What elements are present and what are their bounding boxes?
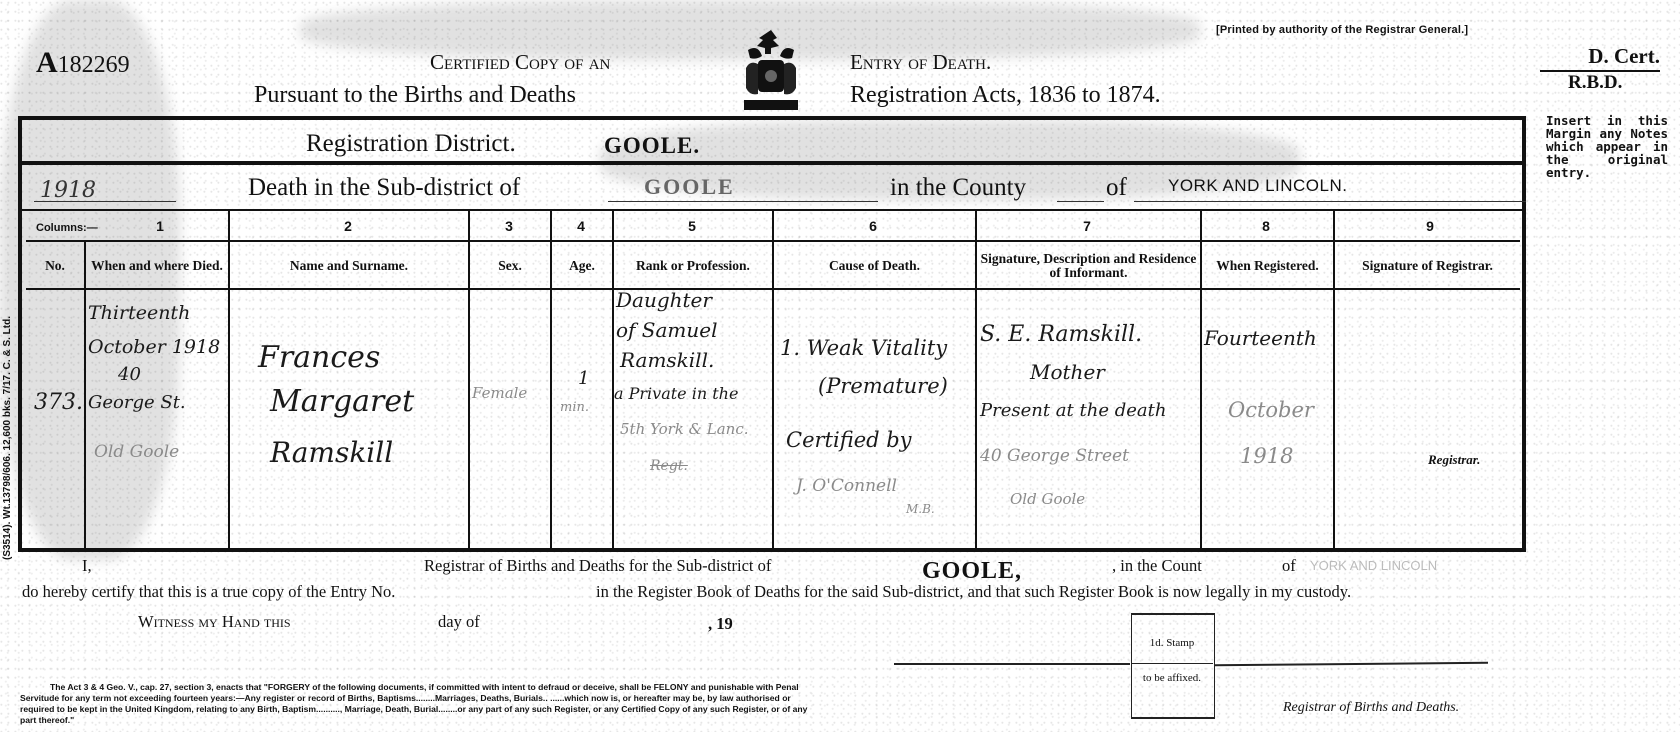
informant-relation: Mother bbox=[1030, 360, 1105, 384]
column-number-2: 2 bbox=[318, 218, 378, 234]
cause-line-3: Certified by bbox=[786, 428, 912, 452]
age-value: 1 bbox=[578, 368, 589, 389]
divider bbox=[18, 161, 1526, 165]
death-place-town: Old Goole bbox=[94, 442, 179, 462]
header-cause-of-death: Cause of Death. bbox=[774, 244, 975, 288]
signature-line-right bbox=[1214, 662, 1488, 666]
registered-day: Fourteenth bbox=[1204, 326, 1317, 350]
header-no: No. bbox=[26, 244, 84, 288]
header-when-registered: When Registered. bbox=[1202, 244, 1333, 288]
rank-line-3: Ramskill. bbox=[620, 348, 714, 372]
cert-line2b-text: in the Register Book of Deaths for the s… bbox=[596, 582, 1351, 602]
sex-value: Female bbox=[472, 384, 527, 402]
form-code-bottom: R.B.D. bbox=[1568, 72, 1622, 94]
cert-district: GOOLE, bbox=[922, 558, 1022, 585]
death-date-day: Thirteenth bbox=[88, 302, 190, 324]
column-number-3: 3 bbox=[479, 218, 539, 234]
cert-i-prefix: I, bbox=[82, 556, 92, 576]
death-place-street: George St. bbox=[88, 392, 186, 413]
registrar-label: Registrar. bbox=[1428, 452, 1480, 468]
cause-line-5: M.B. bbox=[906, 502, 935, 516]
county-of-label: of bbox=[1106, 174, 1127, 202]
cert-county-of: of bbox=[1282, 556, 1296, 576]
informant-address: 40 George Street bbox=[980, 446, 1129, 466]
day-of-label: day of bbox=[438, 612, 480, 632]
signature-line-left bbox=[894, 663, 1130, 665]
stamp-instruction: to be affixed. bbox=[1131, 671, 1213, 685]
rank-line-4: a Private in the bbox=[614, 384, 738, 403]
column-number-7: 7 bbox=[1057, 218, 1117, 234]
serial-digits: 182269 bbox=[58, 52, 130, 78]
registrar-title: Registrar of Births and Deaths. bbox=[1283, 700, 1459, 716]
rank-line-6: Regt. bbox=[650, 458, 688, 474]
informant-town: Old Goole bbox=[1010, 490, 1085, 508]
title-right-line2: Registration Acts, 1836 to 1874. bbox=[850, 82, 1161, 109]
rank-line-2: of Samuel bbox=[616, 318, 718, 342]
column-number-6: 6 bbox=[843, 218, 903, 234]
header-sex: Sex. bbox=[470, 244, 550, 288]
serial-prefix: A bbox=[36, 46, 58, 79]
margin-notes-instruction: Insert in this Margin any Notes which ap… bbox=[1546, 114, 1668, 179]
header-name-surname: Name and Surname. bbox=[230, 244, 468, 288]
stamp-label: 1d. Stamp bbox=[1131, 637, 1213, 649]
column-number-1: 1 bbox=[130, 218, 190, 234]
informant-name: S. E. Ramskill. bbox=[980, 322, 1142, 347]
column-number-5: 5 bbox=[662, 218, 722, 234]
header-when-where-died: When and where Died. bbox=[86, 244, 228, 288]
title-right-line1: Entry of Death. bbox=[850, 50, 991, 75]
column-number-9: 9 bbox=[1400, 218, 1460, 234]
county-label: in the County bbox=[890, 174, 1026, 202]
year-prefix: , 19 bbox=[708, 614, 733, 634]
registration-district-value: GOOLE. bbox=[604, 133, 700, 159]
printed-by-notice: [Printed by authority of the Registrar G… bbox=[1216, 24, 1468, 36]
vertical-print-code: (S3514). Wt.13798/606. 12,600 bks. 7/17.… bbox=[2, 200, 13, 560]
header-informant: Signature, Description and Residence of … bbox=[977, 244, 1200, 288]
form-code-top: D. Cert. bbox=[1560, 44, 1660, 69]
column-number-4: 4 bbox=[551, 218, 611, 234]
cert-county-faint: YORK AND LINCOLN bbox=[1310, 558, 1437, 573]
deceased-surname: Ramskill bbox=[270, 436, 393, 469]
rank-line-1: Daughter bbox=[616, 288, 712, 312]
certificate-serial-number: A182269 bbox=[36, 46, 130, 80]
header-registrar-signature: Signature of Registrar. bbox=[1335, 244, 1520, 288]
witness-label: Witness my Hand this bbox=[138, 612, 291, 632]
cause-line-4: J. O'Connell bbox=[796, 476, 897, 496]
royal-crest-icon bbox=[740, 28, 802, 114]
title-left-line1: Certified Copy of an bbox=[430, 50, 610, 75]
registered-month: October bbox=[1228, 398, 1314, 422]
registered-year: 1918 bbox=[1240, 444, 1293, 468]
cause-line-2: (Premature) bbox=[818, 374, 948, 398]
deceased-first-name: Frances bbox=[258, 340, 380, 375]
registration-district-label: Registration District. bbox=[306, 130, 516, 158]
subdistrict-value: GOOLE bbox=[644, 174, 735, 200]
age-unit: min. bbox=[560, 400, 589, 415]
county-value-underline bbox=[1134, 201, 1526, 202]
county-underline bbox=[1057, 201, 1104, 202]
cert-line1-text: Registrar of Births and Deaths for the S… bbox=[424, 556, 771, 576]
subdistrict-underline bbox=[608, 201, 878, 202]
rank-line-5: 5th York & Lanc. bbox=[620, 420, 749, 438]
deceased-middle-name: Margaret bbox=[270, 384, 414, 419]
cert-line2-text: do hereby certify that this is a true co… bbox=[22, 582, 395, 602]
death-date-month-year: October 1918 bbox=[88, 336, 220, 358]
header-rank-profession: Rank or Profession. bbox=[614, 244, 772, 288]
death-place-number: 40 bbox=[118, 364, 141, 385]
title-left-line2: Pursuant to the Births and Deaths bbox=[254, 82, 576, 109]
stamp-box bbox=[1131, 613, 1215, 719]
entry-number: 373. bbox=[34, 390, 83, 415]
column-number-8: 8 bbox=[1236, 218, 1296, 234]
header-age: Age. bbox=[552, 244, 612, 288]
year-underline bbox=[34, 201, 176, 202]
columns-label: Columns:— bbox=[36, 222, 98, 234]
cert-county-label: , in the Count bbox=[1112, 556, 1202, 576]
subdistrict-label: Death in the Sub-district of bbox=[248, 174, 520, 202]
cause-line-1: 1. Weak Vitality bbox=[780, 336, 947, 360]
entry-year: 1918 bbox=[40, 178, 96, 203]
informant-qualification: Present at the death bbox=[980, 400, 1166, 421]
forgery-notice: The Act 3 & 4 Geo. V., cap. 27, section … bbox=[20, 682, 818, 726]
stamp-divider bbox=[1131, 663, 1213, 664]
county-value: YORK AND LINCOLN. bbox=[1168, 176, 1348, 196]
